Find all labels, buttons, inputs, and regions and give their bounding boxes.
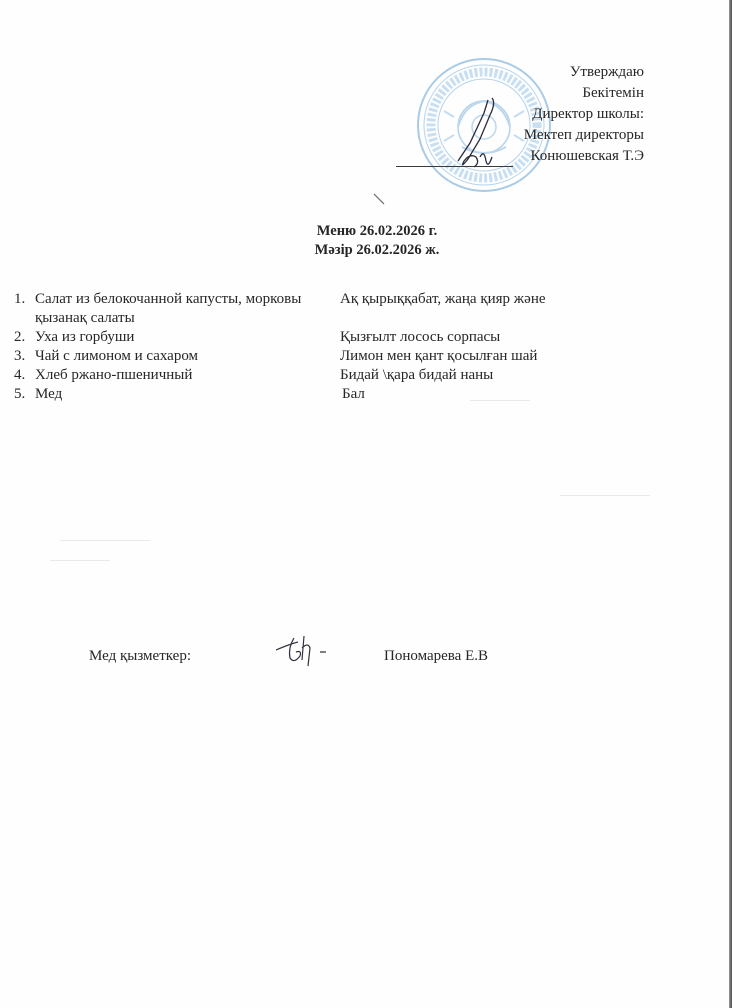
bleed-through-artifact [560,495,650,496]
stray-pen-mark [372,192,386,206]
item-text: Мед [35,385,62,404]
menu-title-kz: Мәзір 26.02.2026 ж. [0,241,732,260]
item-number: 1. [14,290,35,309]
medical-worker-name: Пономарева Е.В [384,647,488,666]
menu-title: Меню 26.02.2026 г. Мәзір 26.02.2026 ж. [0,222,732,260]
item-number: 4. [14,366,35,385]
item-number: 5. [14,385,35,404]
bleed-through-artifact [50,560,110,561]
list-item: Бал [340,385,546,404]
list-item: 4. Хлеб ржано-пшеничный [14,366,301,385]
director-signature [440,95,520,175]
item-text: Уха из горбуши [35,328,134,347]
list-item: Ақ қырыққабат, жаңа қияр және [340,290,546,309]
item-text-continuation: қызанақ салаты [14,309,301,328]
scanned-document-page: Утверждаю Бекітемін Директор школы: Мект… [0,0,732,1008]
approval-block: Утверждаю Бекітемін Директор школы: Мект… [524,62,644,167]
menu-list-kz: Ақ қырыққабат, жаңа қияр және Қызғылт ло… [340,290,546,404]
item-number: 2. [14,328,35,347]
item-text: Чай с лимоном и сахаром [35,347,198,366]
list-item: 3. Чай с лимоном и сахаром [14,347,301,366]
list-item: 2. Уха из горбуши [14,328,301,347]
blank-line [340,309,546,328]
medical-worker-signature [270,632,340,674]
menu-list-ru: 1. Салат из белокочанной капусты, морков… [14,290,301,404]
item-text: Салат из белокочанной капусты, морковы [35,290,301,309]
bleed-through-artifact [60,540,150,541]
list-item: Лимон мен қант қосылған шай [340,347,546,366]
list-item: 1. Салат из белокочанной капусты, морков… [14,290,301,309]
list-item: 5. Мед [14,385,301,404]
item-number: 3. [14,347,35,366]
list-item: Қызғылт лосось сорпасы [340,328,546,347]
list-item: Бидай \қара бидай наны [340,366,546,385]
approval-line-approve-kz: Бекітемін [524,83,644,104]
approval-line-approve-ru: Утверждаю [524,62,644,83]
medical-worker-label: Мед қызметкер: [89,647,191,666]
approval-line-director-kz: Мектеп директоры [524,125,644,146]
approval-line-director-ru: Директор школы: [524,104,644,125]
approval-line-director-name: Конюшевская Т.Э [524,146,644,167]
item-text: Хлеб ржано-пшеничный [35,366,192,385]
menu-title-ru: Меню 26.02.2026 г. [0,222,732,241]
